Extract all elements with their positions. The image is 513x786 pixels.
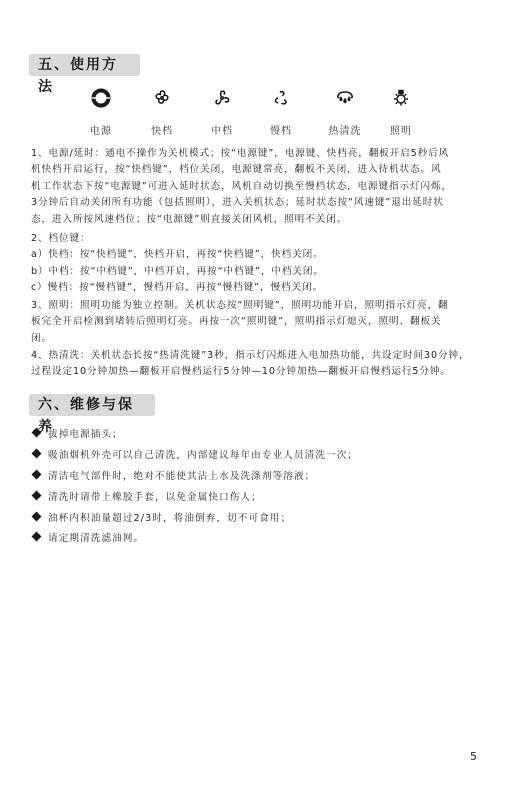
list-item-text: 油杯内积油量超过2/3时，将油倒弃，切不可食用；	[48, 513, 291, 524]
mid-fan-label: 中档	[192, 122, 252, 137]
text-line: 3分钟后自动关闭所有功能（包括照明），进入关机状态；延时状态按“风速键”退出延时…	[31, 195, 493, 211]
text-line: 态，进入所按风速档位；按“电源键”则直接关闭风机，照明不关闭。	[31, 212, 493, 228]
light-label: 照明	[371, 122, 431, 137]
list-item-text: 拔掉电源插头；	[48, 429, 123, 440]
section-6-header: 六、维修与保养	[29, 394, 155, 416]
list-item-text: 请定期清洗滤油网。	[48, 533, 144, 544]
list-item: 拔掉电源插头；	[33, 426, 123, 440]
mid-fan-icon	[212, 88, 232, 108]
list-item: 清洗时请带上橡胶手套，以免金属快口伤人；	[33, 489, 262, 503]
list-item: 吸油烟机外壳可以自己清洗，内部建议每年由专业人员清洗一次；	[33, 447, 358, 461]
text-line: 1、电源/延时：通电不操作为关机模式；按“电源键”，电源键、快档亮，翻板开启5秒…	[31, 146, 493, 162]
diamond-bullet-icon	[32, 512, 42, 522]
text-line: b）中档：按“中档键”，中档开启，再按“中档键”，中档关闭。	[31, 264, 493, 280]
diamond-bullet-icon	[32, 428, 42, 438]
diamond-bullet-icon	[32, 470, 42, 480]
hot-clean-icon	[335, 88, 355, 108]
text-line: 机快档开启运行，按“快档键”，档位关闭，电源键常亮，翻板不关闭，进入待机状态。风	[31, 162, 493, 178]
slow-fan-label: 慢档	[251, 122, 311, 137]
paragraph-lighting: 3、照明：照明功能为独立控制。关机状态按“照明键”，照明功能开启，照明指示灯亮，…	[31, 298, 493, 347]
list-item: 清洁电气部件时，绝对不能使其沾上水及洗涤剂等溶液；	[33, 468, 315, 482]
slow-fan-icon	[271, 88, 291, 108]
list-item: 油杯内积油量超过2/3时，将油倒弃，切不可食用；	[33, 510, 291, 524]
fast-fan-icon	[152, 88, 172, 108]
text-line: 4、热清洗：关机状态长按“热清洗键”3秒，指示灯闪烁进入电加热功能，共设定时间3…	[31, 348, 493, 364]
text-line: a）快档：按“快档键”，快档开启，再按“快档键”，快档关闭。	[31, 247, 493, 263]
text-line: 过程设定10分钟加热—翻板开启慢档运行5分钟—10分钟加热—翻板开启慢档运行5分…	[31, 364, 493, 380]
diamond-bullet-icon	[32, 449, 42, 459]
light-icon	[391, 88, 411, 108]
paragraph-power-delay: 1、电源/延时：通电不操作为关机模式；按“电源键”，电源键、快档亮，翻板开启5秒…	[31, 146, 493, 228]
text-line: 机工作状态下按“电源键”可进入延时状态，风机自动切换至慢档状态，电源键指示灯闪烁…	[31, 179, 493, 195]
list-item-text: 清洗时请带上橡胶手套，以免金属快口伤人；	[48, 492, 262, 503]
power-label: 电源	[71, 122, 131, 137]
list-item-text: 清洁电气部件时，绝对不能使其沾上水及洗涤剂等溶液；	[48, 471, 315, 482]
hot-clean-label: 热清洗	[315, 122, 375, 137]
fast-fan-label: 快档	[132, 122, 192, 137]
page-number: 5	[470, 750, 477, 763]
diamond-bullet-icon	[32, 491, 42, 501]
diamond-bullet-icon	[32, 532, 42, 542]
paragraph-speed-keys: 2、档位键： a）快档：按“快档键”，快档开启，再按“快档键”，快档关闭。 b）…	[31, 231, 493, 297]
text-line: c）慢档：按“慢档键”，慢档开启，再按“慢档键”，慢档关闭。	[31, 280, 493, 296]
text-line: 2、档位键：	[31, 231, 493, 247]
list-item: 请定期清洗滤油网。	[33, 530, 144, 544]
text-line: 闭。	[31, 331, 493, 347]
text-line: 3、照明：照明功能为独立控制。关机状态按“照明键”，照明功能开启，照明指示灯亮，…	[31, 298, 493, 314]
text-line: 板完全开启检测到堵转后照明灯亮。再按一次“照明键”，照明指示灯熄灭，照明、翻板关	[31, 314, 493, 330]
list-item-text: 吸油烟机外壳可以自己清洗，内部建议每年由专业人员清洗一次；	[48, 450, 358, 461]
section-5-header: 五、使用方法	[29, 54, 140, 76]
power-icon	[91, 88, 111, 108]
paragraph-hot-clean: 4、热清洗：关机状态长按“热清洗键”3秒，指示灯闪烁进入电加热功能，共设定时间3…	[31, 348, 493, 381]
